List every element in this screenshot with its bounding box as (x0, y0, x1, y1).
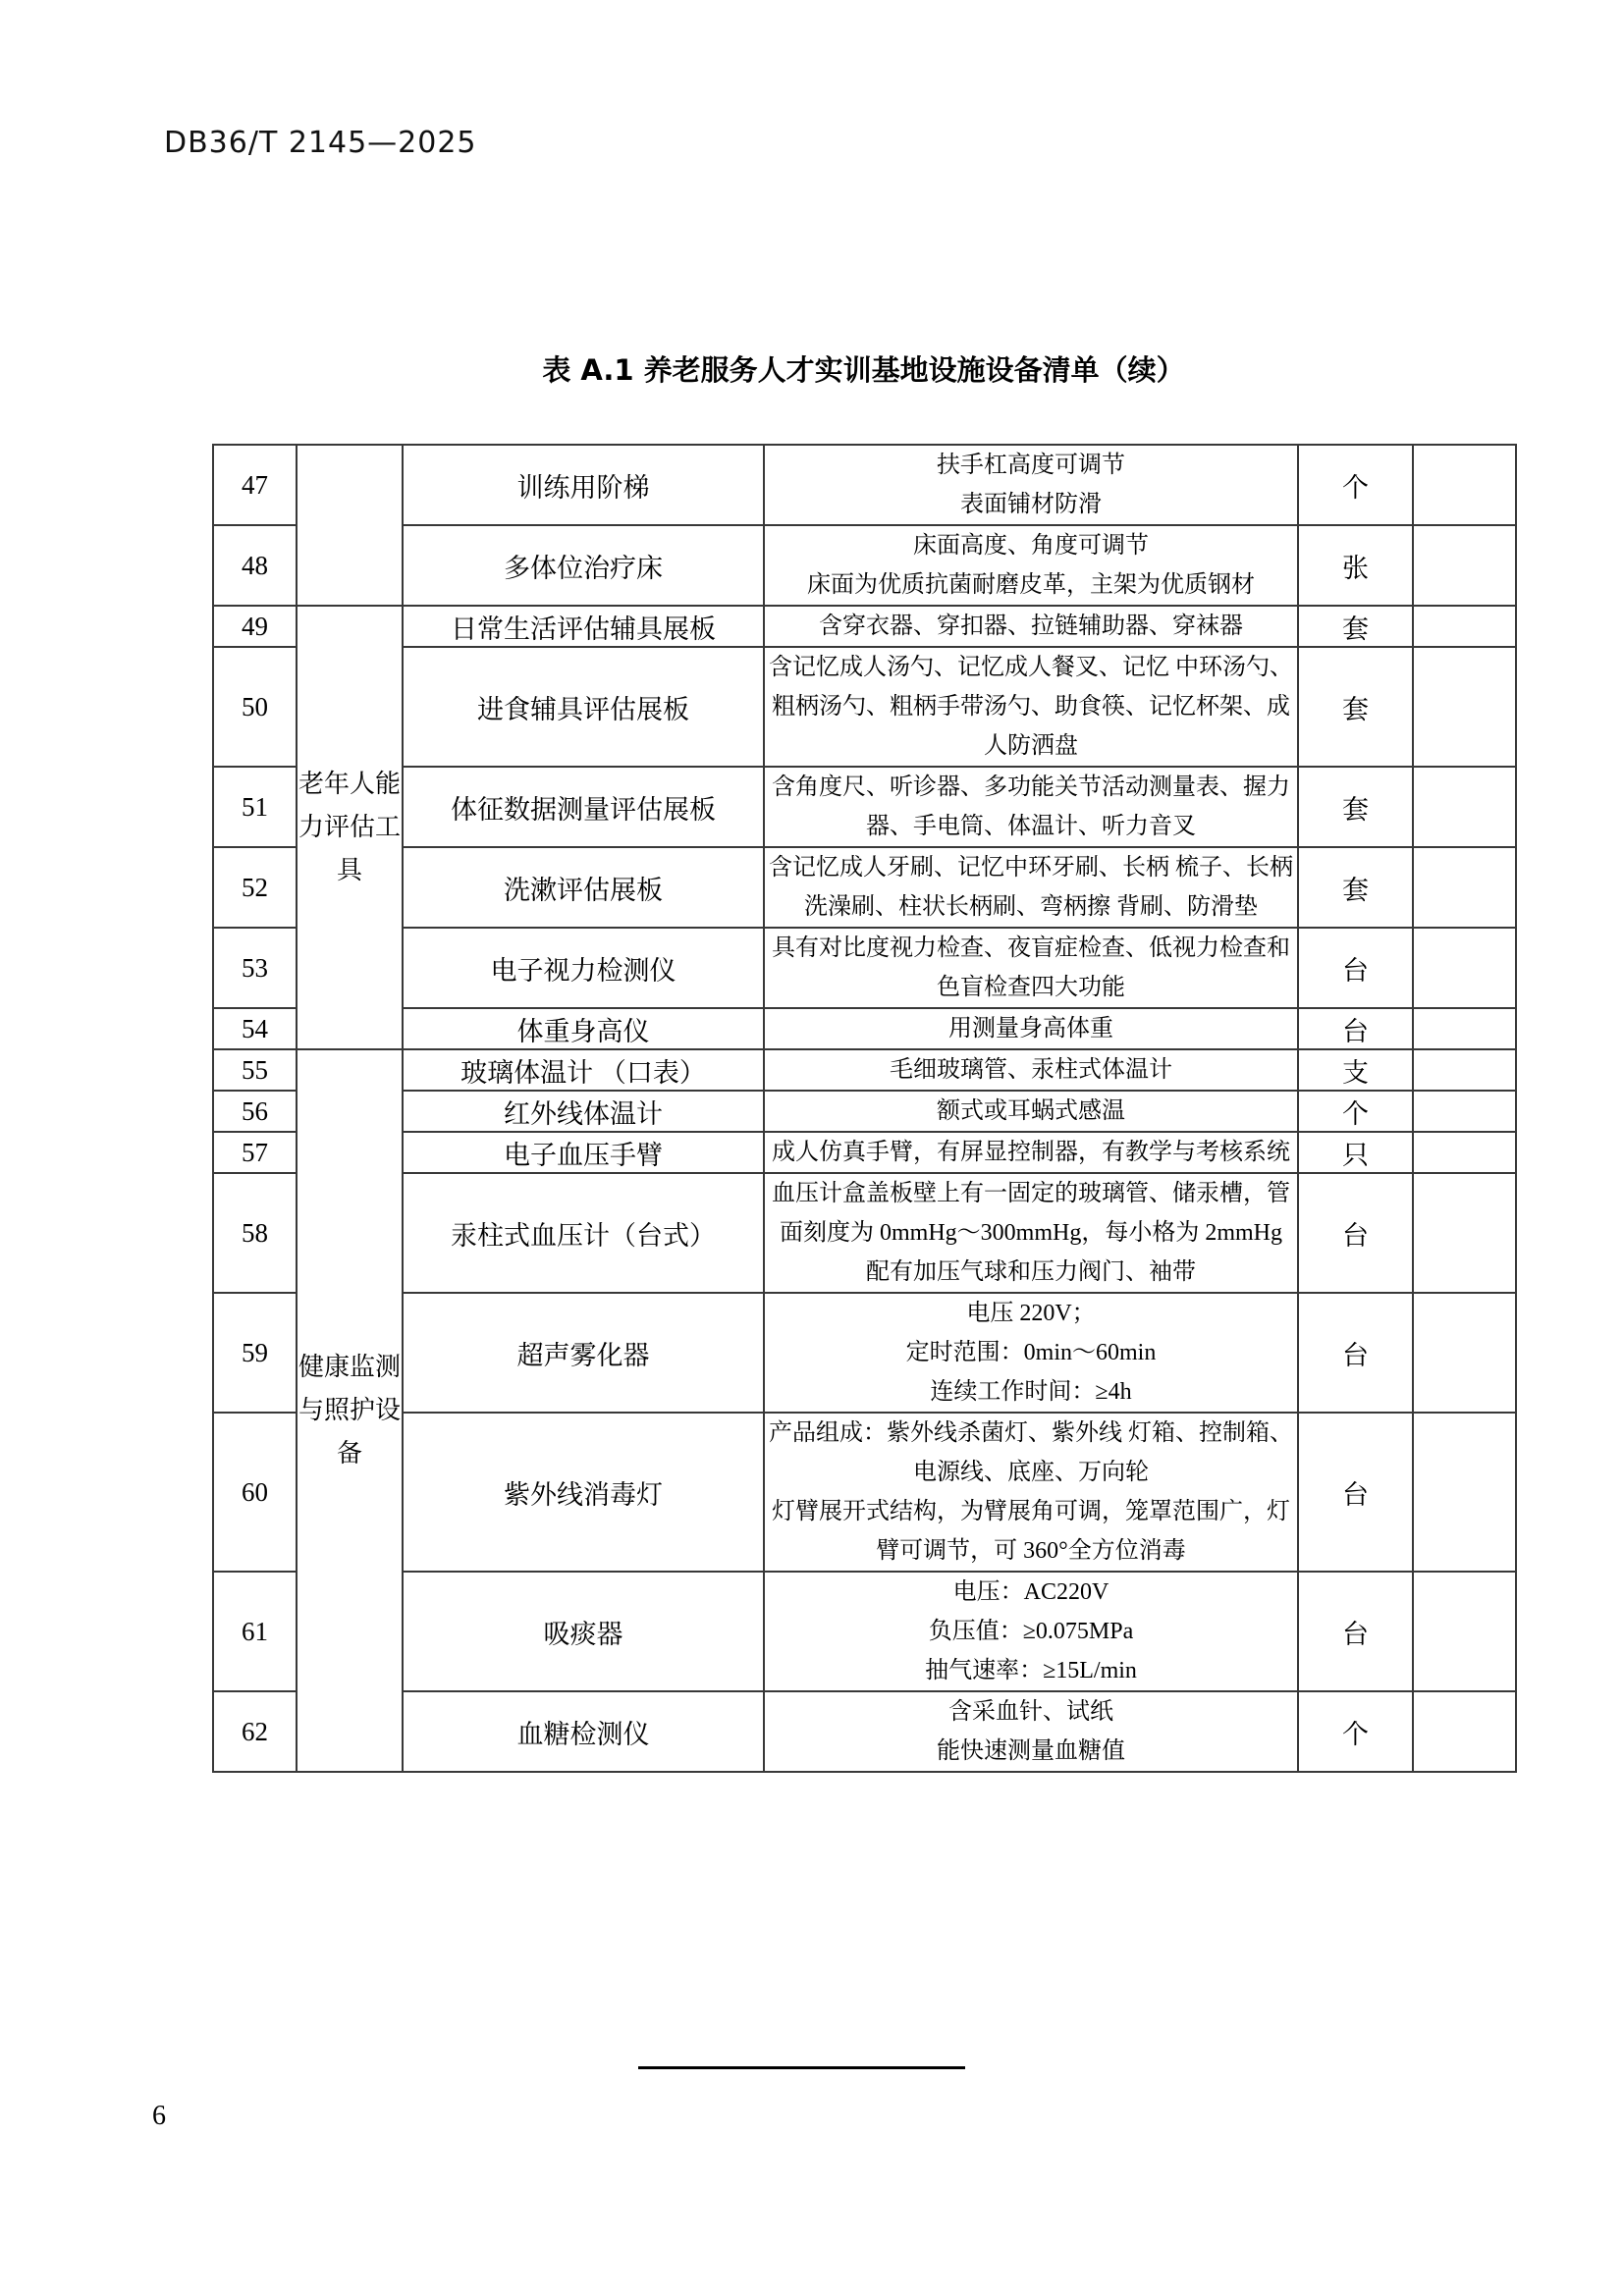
table-row: 49老年人能力评估工具日常生活评估辅具展板含穿衣器、穿扣器、拉链辅助器、穿袜器套 (213, 606, 1516, 647)
table-row: 48多体位治疗床床面高度、角度可调节床面为优质抗菌耐磨皮革，主架为优质钢材张 (213, 525, 1516, 606)
equipment-table: 47训练用阶梯扶手杠高度可调节表面铺材防滑个48多体位治疗床床面高度、角度可调节… (212, 444, 1517, 1773)
spec-line: 扶手杠高度可调节 (765, 446, 1297, 485)
equipment-spec: 具有对比度视力检查、夜盲症检查、低视力检查和色盲检查四大功能 (764, 928, 1298, 1008)
spec-line: 灯臂展开式结构，为臂展角可调，笼罩范围广，灯臂可调节，可 360°全方位消毒 (765, 1492, 1297, 1571)
equipment-spec: 含记忆成人汤勺、记忆成人餐叉、记忆 中环汤勺、粗柄汤勺、粗柄手带汤勺、助食筷、记… (764, 647, 1298, 767)
unit-cell: 台 (1298, 928, 1413, 1008)
unit-cell: 只 (1298, 1132, 1413, 1173)
table-row: 55健康监测与照护设备玻璃体温计 （口表）毛细玻璃管、汞柱式体温计支 (213, 1049, 1516, 1091)
unit-cell: 个 (1298, 445, 1413, 525)
equipment-spec: 电压 220V；定时范围：0min～60min连续工作时间：≥4h (764, 1293, 1298, 1413)
row-number: 50 (213, 647, 297, 767)
equipment-name: 电子视力检测仪 (403, 928, 764, 1008)
spec-line: 电压：AC220V (765, 1573, 1297, 1612)
quantity-blank-cell (1413, 1132, 1516, 1173)
equipment-name: 玻璃体温计 （口表） (403, 1049, 764, 1091)
spec-line: 用测量身高体重 (765, 1009, 1297, 1048)
table-row: 53电子视力检测仪具有对比度视力检查、夜盲症检查、低视力检查和色盲检查四大功能台 (213, 928, 1516, 1008)
spec-line: 电压 220V； (765, 1294, 1297, 1333)
table-row: 59超声雾化器电压 220V；定时范围：0min～60min连续工作时间：≥4h… (213, 1293, 1516, 1413)
equipment-spec: 额式或耳蜗式感温 (764, 1091, 1298, 1132)
row-number: 61 (213, 1572, 297, 1691)
unit-cell: 张 (1298, 525, 1413, 606)
spec-line: 连续工作时间：≥4h (765, 1372, 1297, 1412)
row-number: 62 (213, 1691, 297, 1772)
equipment-spec: 含记忆成人牙刷、记忆中环牙刷、长柄 梳子、长柄洗澡刷、柱状长柄刷、弯柄擦 背刷、… (764, 847, 1298, 928)
spec-line: 具有对比度视力检查、夜盲症检查、低视力检查和色盲检查四大功能 (765, 929, 1297, 1007)
row-number: 58 (213, 1173, 297, 1293)
equipment-spec: 扶手杠高度可调节表面铺材防滑 (764, 445, 1298, 525)
table-row: 60紫外线消毒灯产品组成：紫外线杀菌灯、紫外线 灯箱、控制箱、电源线、底座、万向… (213, 1413, 1516, 1572)
spec-line: 含角度尺、听诊器、多功能关节活动测量表、握力器、手电筒、体温计、听力音叉 (765, 768, 1297, 846)
equipment-name: 电子血压手臂 (403, 1132, 764, 1173)
equipment-name: 日常生活评估辅具展板 (403, 606, 764, 647)
quantity-blank-cell (1413, 1413, 1516, 1572)
quantity-blank-cell (1413, 1049, 1516, 1091)
category-cell: 老年人能力评估工具 (297, 606, 403, 1049)
row-number: 48 (213, 525, 297, 606)
quantity-blank-cell (1413, 606, 1516, 647)
unit-cell: 个 (1298, 1091, 1413, 1132)
table-row: 50进食辅具评估展板含记忆成人汤勺、记忆成人餐叉、记忆 中环汤勺、粗柄汤勺、粗柄… (213, 647, 1516, 767)
spec-line: 血压计盒盖板壁上有一固定的玻璃管、储汞槽，管面刻度为 0mmHg～300mmHg… (765, 1174, 1297, 1253)
table-row: 47训练用阶梯扶手杠高度可调节表面铺材防滑个 (213, 445, 1516, 525)
quantity-blank-cell (1413, 1091, 1516, 1132)
unit-cell: 台 (1298, 1008, 1413, 1049)
row-number: 47 (213, 445, 297, 525)
equipment-spec: 电压：AC220V负压值：≥0.075MPa抽气速率：≥15L/min (764, 1572, 1298, 1691)
quantity-blank-cell (1413, 1572, 1516, 1691)
quantity-blank-cell (1413, 1691, 1516, 1772)
quantity-blank-cell (1413, 847, 1516, 928)
quantity-blank-cell (1413, 1008, 1516, 1049)
row-number: 54 (213, 1008, 297, 1049)
spec-line: 床面为优质抗菌耐磨皮革，主架为优质钢材 (765, 565, 1297, 605)
document-end-rule (638, 2066, 965, 2069)
spec-line: 抽气速率：≥15L/min (765, 1651, 1297, 1690)
equipment-name: 洗漱评估展板 (403, 847, 764, 928)
quantity-blank-cell (1413, 647, 1516, 767)
spec-line: 含穿衣器、穿扣器、拉链辅助器、穿袜器 (765, 607, 1297, 646)
spec-line: 毛细玻璃管、汞柱式体温计 (765, 1050, 1297, 1090)
spec-line: 成人仿真手臂，有屏显控制器，有教学与考核系统 (765, 1133, 1297, 1172)
table-row: 51体征数据测量评估展板含角度尺、听诊器、多功能关节活动测量表、握力器、手电筒、… (213, 767, 1516, 847)
equipment-spec: 血压计盒盖板壁上有一固定的玻璃管、储汞槽，管面刻度为 0mmHg～300mmHg… (764, 1173, 1298, 1293)
spec-line: 额式或耳蜗式感温 (765, 1092, 1297, 1131)
row-number: 53 (213, 928, 297, 1008)
unit-cell: 套 (1298, 606, 1413, 647)
quantity-blank-cell (1413, 928, 1516, 1008)
equipment-spec: 毛细玻璃管、汞柱式体温计 (764, 1049, 1298, 1091)
row-number: 57 (213, 1132, 297, 1173)
equipment-name: 汞柱式血压计（台式） (403, 1173, 764, 1293)
document-page: { "page": { "header": "DB36/T 2145—2025"… (0, 0, 1623, 2296)
unit-cell: 台 (1298, 1572, 1413, 1691)
category-cell (297, 445, 403, 606)
row-number: 60 (213, 1413, 297, 1572)
table-row: 52洗漱评估展板含记忆成人牙刷、记忆中环牙刷、长柄 梳子、长柄洗澡刷、柱状长柄刷… (213, 847, 1516, 928)
category-cell: 健康监测与照护设备 (297, 1049, 403, 1772)
equipment-name: 训练用阶梯 (403, 445, 764, 525)
equipment-spec: 产品组成：紫外线杀菌灯、紫外线 灯箱、控制箱、电源线、底座、万向轮灯臂展开式结构… (764, 1413, 1298, 1572)
table-row: 62血糖检测仪含采血针、试纸能快速测量血糖值个 (213, 1691, 1516, 1772)
row-number: 56 (213, 1091, 297, 1132)
equipment-name: 红外线体温计 (403, 1091, 764, 1132)
spec-line: 含记忆成人牙刷、记忆中环牙刷、长柄 梳子、长柄洗澡刷、柱状长柄刷、弯柄擦 背刷、… (765, 848, 1297, 927)
unit-cell: 套 (1298, 647, 1413, 767)
equipment-spec: 成人仿真手臂，有屏显控制器，有教学与考核系统 (764, 1132, 1298, 1173)
unit-cell: 台 (1298, 1293, 1413, 1413)
equipment-name: 紫外线消毒灯 (403, 1413, 764, 1572)
equipment-name: 体重身高仪 (403, 1008, 764, 1049)
table-title: 表 A.1 养老服务人才实训基地设施设备清单（续） (212, 348, 1515, 389)
unit-cell: 套 (1298, 767, 1413, 847)
equipment-name: 吸痰器 (403, 1572, 764, 1691)
quantity-blank-cell (1413, 1173, 1516, 1293)
table-row: 61吸痰器电压：AC220V负压值：≥0.075MPa抽气速率：≥15L/min… (213, 1572, 1516, 1691)
equipment-spec: 用测量身高体重 (764, 1008, 1298, 1049)
row-number: 55 (213, 1049, 297, 1091)
quantity-blank-cell (1413, 1293, 1516, 1413)
equipment-name: 血糖检测仪 (403, 1691, 764, 1772)
equipment-name: 体征数据测量评估展板 (403, 767, 764, 847)
spec-line: 床面高度、角度可调节 (765, 526, 1297, 565)
equipment-spec: 含采血针、试纸能快速测量血糖值 (764, 1691, 1298, 1772)
quantity-blank-cell (1413, 525, 1516, 606)
spec-line: 负压值：≥0.075MPa (765, 1612, 1297, 1651)
spec-line: 定时范围：0min～60min (765, 1333, 1297, 1372)
table-row: 57电子血压手臂成人仿真手臂，有屏显控制器，有教学与考核系统只 (213, 1132, 1516, 1173)
unit-cell: 台 (1298, 1173, 1413, 1293)
standard-number-header: DB36/T 2145—2025 (164, 126, 477, 160)
unit-cell: 支 (1298, 1049, 1413, 1091)
table-row: 56红外线体温计额式或耳蜗式感温个 (213, 1091, 1516, 1132)
equipment-name: 进食辅具评估展板 (403, 647, 764, 767)
spec-line: 配有加压气球和压力阀门、袖带 (765, 1253, 1297, 1292)
row-number: 49 (213, 606, 297, 647)
table-row: 54体重身高仪用测量身高体重台 (213, 1008, 1516, 1049)
row-number: 59 (213, 1293, 297, 1413)
equipment-spec: 含穿衣器、穿扣器、拉链辅助器、穿袜器 (764, 606, 1298, 647)
page-number: 6 (152, 2101, 166, 2132)
table-row: 58汞柱式血压计（台式）血压计盒盖板壁上有一固定的玻璃管、储汞槽，管面刻度为 0… (213, 1173, 1516, 1293)
equipment-spec: 含角度尺、听诊器、多功能关节活动测量表、握力器、手电筒、体温计、听力音叉 (764, 767, 1298, 847)
row-number: 51 (213, 767, 297, 847)
spec-line: 含记忆成人汤勺、记忆成人餐叉、记忆 中环汤勺、粗柄汤勺、粗柄手带汤勺、助食筷、记… (765, 648, 1297, 766)
spec-line: 能快速测量血糖值 (765, 1732, 1297, 1771)
quantity-blank-cell (1413, 767, 1516, 847)
unit-cell: 套 (1298, 847, 1413, 928)
equipment-spec: 床面高度、角度可调节床面为优质抗菌耐磨皮革，主架为优质钢材 (764, 525, 1298, 606)
spec-line: 含采血针、试纸 (765, 1692, 1297, 1732)
spec-line: 表面铺材防滑 (765, 485, 1297, 524)
equipment-name: 超声雾化器 (403, 1293, 764, 1413)
unit-cell: 个 (1298, 1691, 1413, 1772)
quantity-blank-cell (1413, 445, 1516, 525)
equipment-name: 多体位治疗床 (403, 525, 764, 606)
row-number: 52 (213, 847, 297, 928)
unit-cell: 台 (1298, 1413, 1413, 1572)
spec-line: 产品组成：紫外线杀菌灯、紫外线 灯箱、控制箱、电源线、底座、万向轮 (765, 1414, 1297, 1492)
